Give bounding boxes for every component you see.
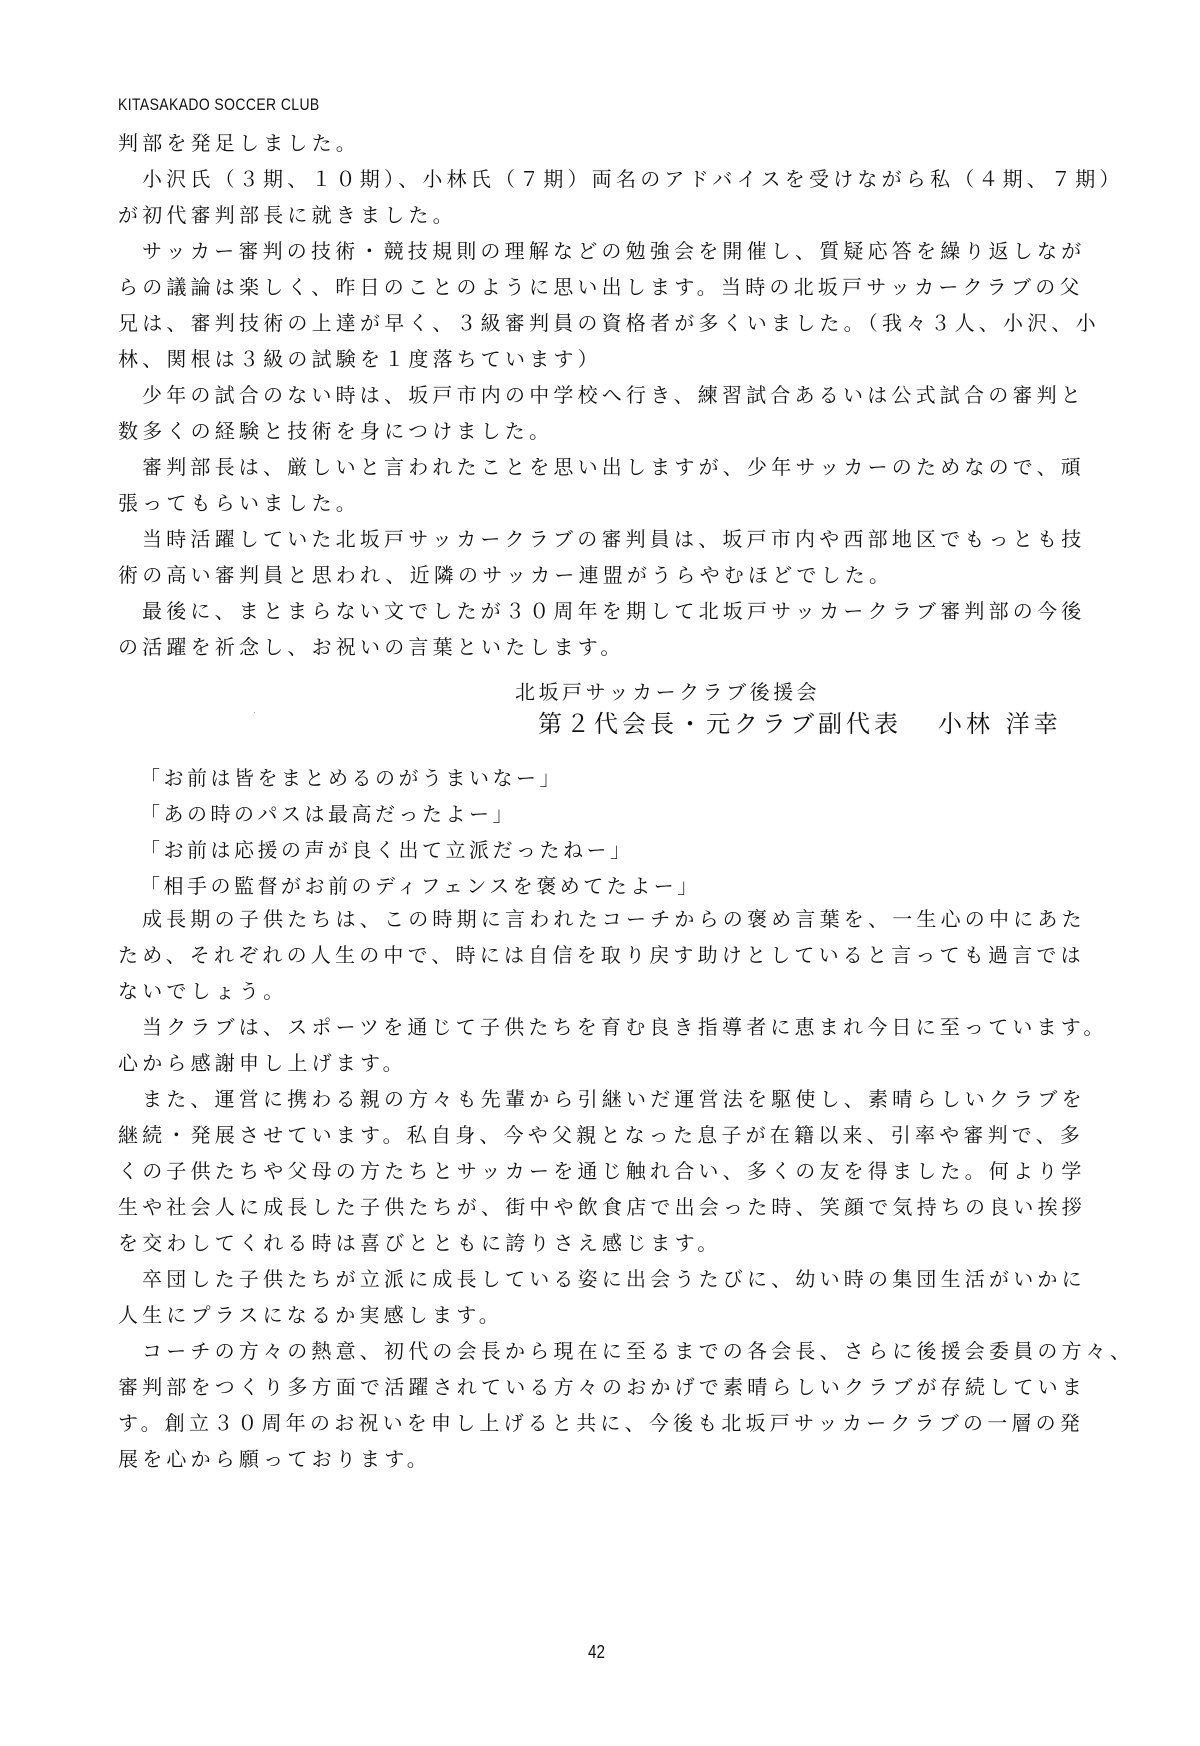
paragraph-line: コーチの方々の熱意、初代の会長から現在に至るまでの各会長、さらに後援会委員の方々… bbox=[118, 1338, 1122, 1364]
running-header: KITASAKADO SOCCER CLUB bbox=[118, 95, 320, 115]
paragraph-line: が初代審判部長に就きました。 bbox=[118, 202, 1098, 228]
author-title: 第２代会長・元クラブ副代表 bbox=[538, 710, 902, 738]
author-signature: 第２代会長・元クラブ副代表小林 洋幸 bbox=[538, 704, 1062, 739]
paragraph-line: 継続・発展させています。私自身、今や父親となった息子が在籍以来、引率や審判で、多 bbox=[118, 1122, 1098, 1148]
page-number: 42 bbox=[588, 1642, 605, 1663]
paragraph-line: 兄は、審判技術の上達が早く、３級審判員の資格者が多くいました。（我々３人、小沢、… bbox=[118, 310, 1098, 336]
quote-line: 「お前は皆をまとめるのがうまいなー」 bbox=[140, 762, 563, 791]
paragraph-line: 少年の試合のない時は、坂戸市内の中学校へ行き、練習試合あるいは公式試合の審判と bbox=[118, 382, 1122, 408]
paragraph-line: 術の高い審判員と思われ、近隣のサッカー連盟がうらやむほどでした。 bbox=[118, 562, 1098, 588]
organization-name: 北坂戸サッカークラブ後援会 bbox=[515, 676, 820, 705]
paragraph-line: 林、関根は３級の試験を１度落ちています） bbox=[118, 346, 1098, 372]
paragraph-line: 人生にプラスになるか実感します。 bbox=[118, 1302, 1098, 1328]
paragraph-line: 判部を発足しました。 bbox=[118, 130, 1098, 156]
paragraph-line: 審判部長は、厳しいと言われたことを思い出しますが、少年サッカーのためなので、頑 bbox=[118, 454, 1122, 480]
paragraph-line: ため、それぞれの人生の中で、時には自信を取り戻す助けとしていると言っても過言では bbox=[118, 942, 1098, 968]
quote-line: 「相手の監督がお前のディフェンスを褒めてたよー」 bbox=[140, 870, 701, 899]
paragraph-line: 数多くの経験と技術を身につけました。 bbox=[118, 418, 1098, 444]
paragraph-line: 審判部をつくり多方面で活躍されている方々のおかげで素晴らしいクラブが存続していま bbox=[118, 1374, 1098, 1400]
paragraph-line: 生や社会人に成長した子供たちが、街中や飲食店で出会った時、笑顔で気持ちの良い挨拶 bbox=[118, 1194, 1098, 1220]
paragraph-line: 成長期の子供たちは、この時期に言われたコーチからの褒め言葉を、一生心の中にあた bbox=[118, 906, 1122, 932]
scan-speck bbox=[254, 712, 255, 713]
paragraph-line: 張ってもらいました。 bbox=[118, 490, 1098, 516]
quote-line: 「お前は応援の声が良く出て立派だったねー」 bbox=[140, 834, 634, 863]
paragraph-line: す。創立３０周年のお祝いを申し上げると共に、今後も北坂戸サッカークラブの一層の発 bbox=[118, 1410, 1098, 1436]
paragraph-line: 小沢氏（３期、１０期）、小林氏（７期）両名のアドバイスを受けながら私（４期、７期… bbox=[118, 166, 1122, 192]
paragraph-line: 当クラブは、スポーツを通じて子供たちを育む良き指導者に恵まれ今日に至っています。 bbox=[118, 1014, 1122, 1040]
paragraph-line: を交わしてくれる時は喜びとともに誇りさえ感じます。 bbox=[118, 1230, 1098, 1256]
paragraph-line: サッカー審判の技術・競技規則の理解などの勉強会を開催し、質疑応答を繰り返しなが bbox=[118, 238, 1122, 264]
author-name: 小林 洋幸 bbox=[938, 710, 1062, 738]
paragraph-line: 最後に、まとまらない文でしたが３０周年を期して北坂戸サッカークラブ審判部の今後 bbox=[118, 598, 1122, 624]
paragraph-line: らの議論は楽しく、昨日のことのように思い出します。当時の北坂戸サッカークラブの父 bbox=[118, 274, 1098, 300]
paragraph-line: 卒団した子供たちが立派に成長している姿に出会うたびに、幼い時の集団生活がいかに bbox=[118, 1266, 1122, 1292]
quote-line: 「あの時のパスは最高だったよー」 bbox=[140, 798, 516, 827]
paragraph-line: 当時活躍していた北坂戸サッカークラブの審判員は、坂戸市内や西部地区でもっとも技 bbox=[118, 526, 1122, 552]
paragraph-line: 心から感謝申し上げます。 bbox=[118, 1050, 1098, 1076]
paragraph-line: くの子供たちや父母の方たちとサッカーを通じ触れ合い、多くの友を得ました。何より学 bbox=[118, 1158, 1098, 1184]
paragraph-line: 展を心から願っております。 bbox=[118, 1446, 1098, 1472]
paragraph-line: ないでしょう。 bbox=[118, 978, 1098, 1004]
paragraph-line: また、運営に携わる親の方々も先輩から引継いだ運営法を駆使し、素晴らしいクラブを bbox=[118, 1086, 1122, 1112]
paragraph-line: の活躍を祈念し、お祝いの言葉といたします。 bbox=[118, 634, 1098, 660]
